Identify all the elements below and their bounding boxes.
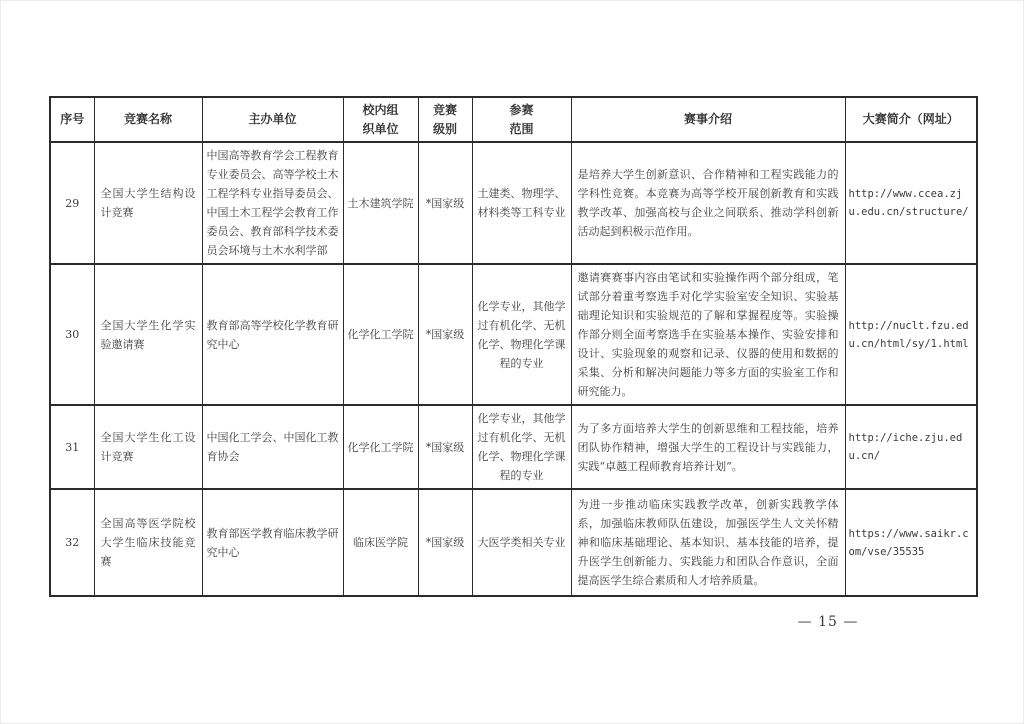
cell-level: *国家级 [418,405,472,489]
table-header-row: 序号 竞赛名称 主办单位 校内组 织单位 竞赛 级别 参赛 范围 赛事介绍 大赛… [50,97,977,142]
cell-url: https://www.saikr.com/vse/35535 [845,489,977,596]
cell-name: 全国大学生化学实验邀请赛 [94,264,202,405]
cell-scope: 化学专业，其他学过有机化学、无机化学、物理化学课程的专业 [472,264,571,405]
cell-name: 全国大学生化工设计竞赛 [94,405,202,489]
table-row: 32全国高等医学院校大学生临床技能竞赛教育部医学教育临床教学研究中心临床医学院*… [50,489,977,596]
cell-intro: 是培养大学生创新意识、合作精神和工程实践能力的学科性竞赛。本竞赛为高等学校开展创… [571,142,845,264]
cell-level: *国家级 [418,489,472,596]
column-header-index: 序号 [50,97,94,142]
cell-intro: 邀请赛赛事内容由笔试和实验操作两个部分组成，笔试部分着重考察选手对化学实验室安全… [571,264,845,405]
cell-campus-unit: 化学化工学院 [343,405,418,489]
cell-index: 32 [50,489,94,596]
cell-scope: 土建类、物理学、材料类等工科专业 [472,142,571,264]
cell-intro: 为了多方面培养大学生的创新思维和工程技能，培养团队协作精神，增强大学生的工程设计… [571,405,845,489]
cell-campus-unit: 临床医学院 [343,489,418,596]
cell-url: http://www.ccea.zju.edu.cn/structure/ [845,142,977,264]
cell-organizer: 教育部医学教育临床教学研究中心 [202,489,343,596]
cell-index: 30 [50,264,94,405]
cell-index: 31 [50,405,94,489]
page-number: — 15 — [753,614,903,630]
column-header-intro: 赛事介绍 [571,97,845,142]
document-page: 序号 竞赛名称 主办单位 校内组 织单位 竞赛 级别 参赛 范围 赛事介绍 大赛… [0,0,1024,724]
table-row: 30全国大学生化学实验邀请赛教育部高等学校化学教育研究中心化学化工学院*国家级化… [50,264,977,405]
cell-campus-unit: 土木建筑学院 [343,142,418,264]
cell-url: http://iche.zju.edu.cn/ [845,405,977,489]
column-header-url: 大赛简介（网址） [845,97,977,142]
column-header-scope: 参赛 范围 [472,97,571,142]
cell-level: *国家级 [418,264,472,405]
cell-intro: 为进一步推动临床实践教学改革，创新实践教学体系，加强临床教师队伍建设，加强医学生… [571,489,845,596]
cell-url: http://nuclt.fzu.edu.cn/html/sy/1.html [845,264,977,405]
cell-organizer: 教育部高等学校化学教育研究中心 [202,264,343,405]
cell-name: 全国高等医学院校大学生临床技能竞赛 [94,489,202,596]
column-header-campus-unit: 校内组 织单位 [343,97,418,142]
cell-campus-unit: 化学化工学院 [343,264,418,405]
competition-table: 序号 竞赛名称 主办单位 校内组 织单位 竞赛 级别 参赛 范围 赛事介绍 大赛… [49,96,978,597]
cell-organizer: 中国化工学会、中国化工教育协会 [202,405,343,489]
cell-level: *国家级 [418,142,472,264]
column-header-name: 竞赛名称 [94,97,202,142]
cell-name: 全国大学生结构设计竞赛 [94,142,202,264]
cell-index: 29 [50,142,94,264]
cell-scope: 化学专业，其他学过有机化学、无机化学、物理化学课程的专业 [472,405,571,489]
column-header-level: 竞赛 级别 [418,97,472,142]
cell-organizer: 中国高等教育学会工程教育专业委员会、高等学校土木工程学科专业指导委员会、中国土木… [202,142,343,264]
column-header-organizer: 主办单位 [202,97,343,142]
cell-scope: 大医学类相关专业 [472,489,571,596]
table-row: 31全国大学生化工设计竞赛中国化工学会、中国化工教育协会化学化工学院*国家级化学… [50,405,977,489]
table-row: 29全国大学生结构设计竞赛中国高等教育学会工程教育专业委员会、高等学校土木工程学… [50,142,977,264]
table-body: 29全国大学生结构设计竞赛中国高等教育学会工程教育专业委员会、高等学校土木工程学… [50,142,977,596]
